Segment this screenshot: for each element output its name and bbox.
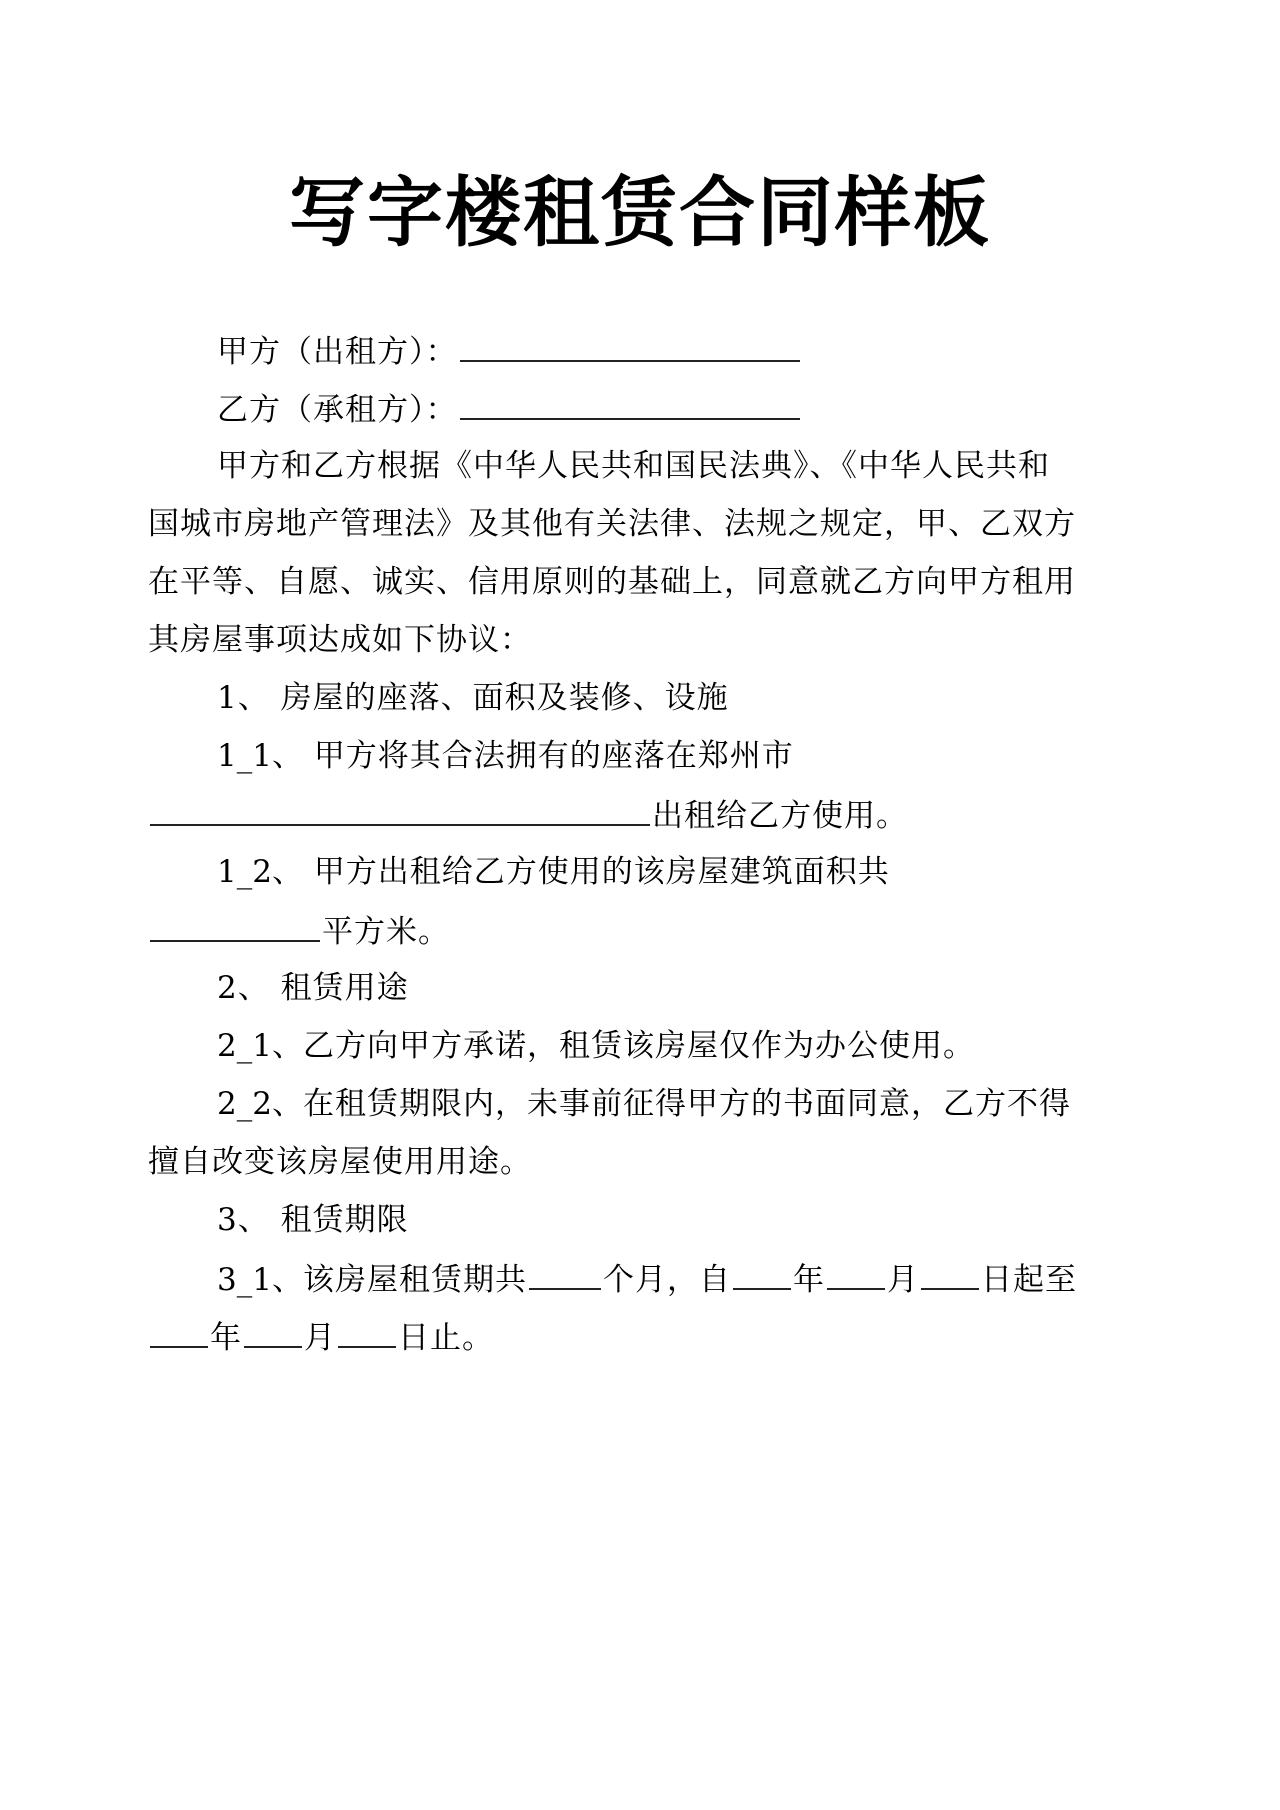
months-blank[interactable] (529, 1258, 601, 1290)
party-b-line: 乙方（承租方）： (217, 388, 802, 430)
start-month-blank[interactable] (827, 1258, 885, 1290)
clause-text: 乙方向甲方承诺，租赁该房屋仅作为办公使用。 (303, 1028, 975, 1064)
party-b-blank[interactable] (460, 388, 800, 420)
end-year-blank[interactable] (150, 1316, 208, 1348)
clause-text: 日止。 (398, 1320, 494, 1356)
party-a-label: 甲方（出租方）： (217, 334, 458, 370)
clause-text: 该房屋租赁期共 (303, 1262, 527, 1298)
clause-1-1-line-2: 出租给乙方使用。 (148, 794, 908, 836)
preamble-line-2: 国城市房地产管理法》及其他有关法律、法规之规定，甲、乙双方 (148, 504, 1076, 544)
clause-1-1-line-1: 1_1、 甲方将其合法拥有的座落在郑州市 (217, 736, 794, 776)
section-3-heading: 3、 租赁期限 (217, 1200, 409, 1240)
preamble-line-4: 其房屋事项达成如下协议： (148, 620, 532, 660)
clause-number: 2_2、 (217, 1086, 303, 1122)
clause-2-2-line-1: 2_2、在租赁期限内，未事前征得甲方的书面同意，乙方不得 (217, 1084, 1071, 1124)
clause-3-1-line-2: 年月日止。 (148, 1316, 494, 1358)
clause-text: 年 (210, 1320, 242, 1356)
preamble-line-3: 在平等、自愿、诚实、信用原则的基础上，同意就乙方向甲方租用 (148, 562, 1076, 602)
clause-2-2-line-2: 擅自改变该房屋使用用途。 (148, 1142, 532, 1182)
clause-number: 1_2、 (217, 854, 303, 890)
clause-number: 3_1、 (217, 1262, 303, 1298)
clause-1-2-line-1: 1_2、 甲方出租给乙方使用的该房屋建筑面积共 (217, 852, 890, 892)
clause-number: 2_1、 (217, 1028, 303, 1064)
document-title: 写字楼租赁合同样板 (0, 168, 1280, 258)
end-day-blank[interactable] (338, 1316, 396, 1348)
clause-1-2-line-2: 平方米。 (148, 910, 450, 952)
clause-3-1-line-1: 3_1、该房屋租赁期共个月，自年月日起至 (217, 1258, 1077, 1300)
clause-2-1: 2_1、乙方向甲方承诺，租赁该房屋仅作为办公使用。 (217, 1026, 975, 1066)
clause-text: 个月，自 (603, 1262, 731, 1298)
party-a-blank[interactable] (460, 330, 800, 362)
clause-text: 甲方出租给乙方使用的该房屋建筑面积共 (314, 854, 890, 890)
section-1-heading: 1、 房屋的座落、面积及装修、设施 (217, 678, 729, 718)
preamble-line-1: 甲方和乙方根据《中华人民共和国民法典》、《中华人民共和 (217, 446, 1050, 486)
clause-text: 出租给乙方使用。 (652, 798, 908, 834)
section-2-heading: 2、 租赁用途 (217, 968, 409, 1008)
end-month-blank[interactable] (244, 1316, 302, 1348)
address-blank[interactable] (150, 794, 650, 826)
clause-number: 1_1、 (217, 738, 303, 774)
party-b-label: 乙方（承租方）： (217, 392, 458, 428)
clause-text: 年 (793, 1262, 825, 1298)
start-year-blank[interactable] (733, 1258, 791, 1290)
document-page: 写字楼租赁合同样板 甲方（出租方）： 乙方（承租方）： 甲方和乙方根据《中华人民… (0, 0, 1280, 1810)
clause-text: 甲方将其合法拥有的座落在郑州市 (314, 738, 794, 774)
clause-text: 月 (887, 1262, 919, 1298)
area-blank[interactable] (150, 910, 320, 942)
clause-text: 月 (304, 1320, 336, 1356)
party-a-line: 甲方（出租方）： (217, 330, 802, 372)
clause-text: 在租赁期限内，未事前征得甲方的书面同意，乙方不得 (303, 1086, 1071, 1122)
clause-text: 日起至 (981, 1262, 1077, 1298)
clause-text: 平方米。 (322, 914, 450, 950)
start-day-blank[interactable] (921, 1258, 979, 1290)
